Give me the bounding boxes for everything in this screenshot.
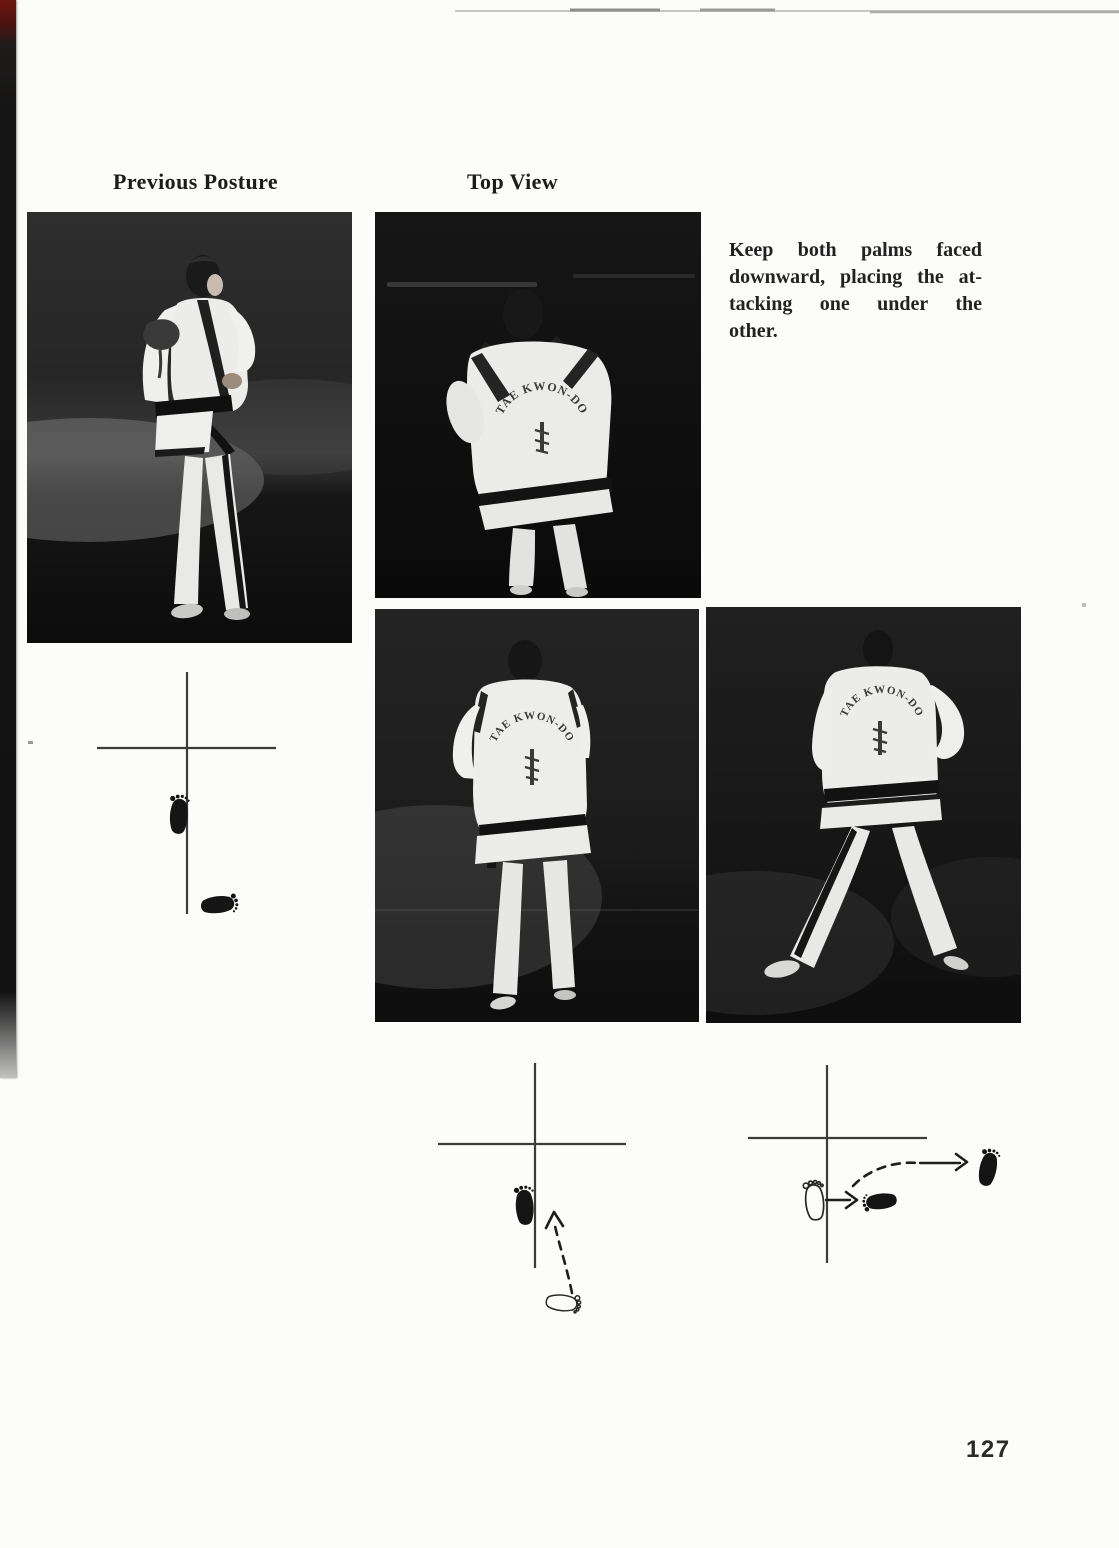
- foot-diagram-1: [97, 672, 276, 916]
- footprint-outline: [803, 1180, 826, 1221]
- movement-arrow-dashed: [555, 1226, 572, 1293]
- book-page: Previous Posture Top View Keep both palm…: [0, 0, 1119, 1548]
- foot-diagram-2: [438, 1063, 626, 1313]
- footprint-solid: [862, 1191, 898, 1212]
- arrowhead: [546, 1212, 563, 1228]
- footprint-outline: [545, 1293, 581, 1314]
- diagram-overlay: [0, 0, 1119, 1548]
- scan-speck: [28, 741, 33, 744]
- footprint-solid: [514, 1185, 536, 1225]
- scan-streak: [455, 10, 1119, 12]
- foot-diagram-3: [748, 1065, 1001, 1263]
- footprint-solid: [975, 1147, 1001, 1187]
- scan-speck: [1082, 603, 1086, 607]
- movement-arrow-dashed: [853, 1163, 918, 1186]
- page-number: 127: [966, 1436, 1011, 1464]
- footprint-solid: [200, 893, 239, 916]
